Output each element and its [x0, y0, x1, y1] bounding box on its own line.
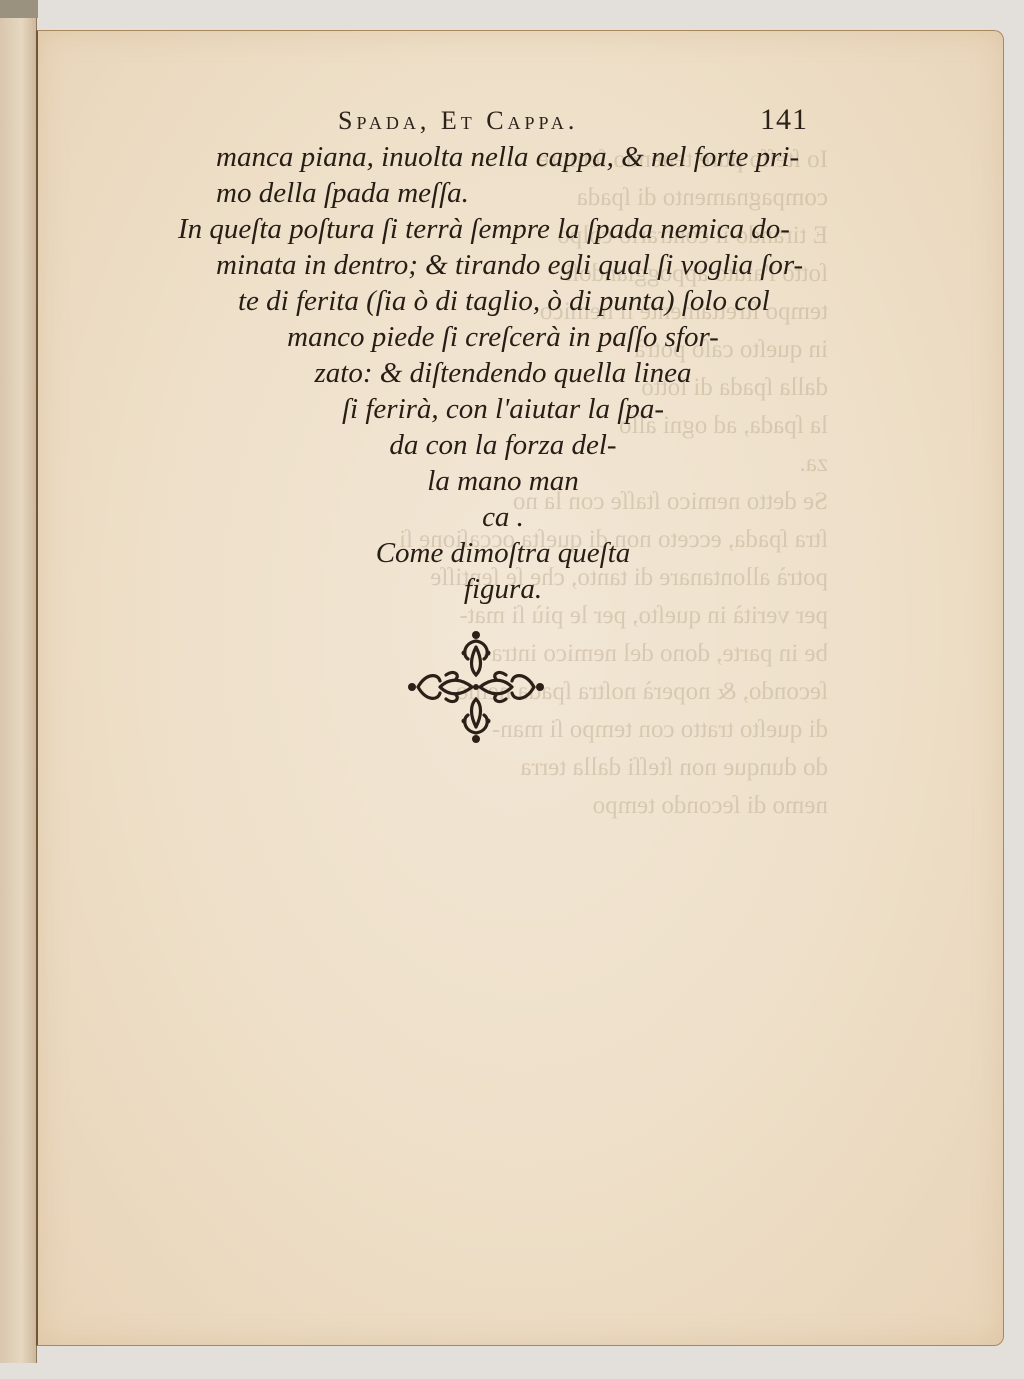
background-band: [0, 0, 38, 18]
text-line: te di ferita (ſia ò di taglio, ò di punt…: [178, 283, 828, 319]
text-line: manca piana, inuolta nella cappa, & nel …: [178, 139, 828, 175]
text-line: In queſta poſtura ſi terrà ſempre la ſpa…: [178, 211, 828, 247]
text-line: da con la forza del-: [178, 427, 828, 463]
fleuron-cross-icon: [406, 629, 546, 745]
text-line: figura.: [178, 571, 828, 607]
text-line: zato: & diſtendendo quella linea: [178, 355, 828, 391]
facing-page-edge: [0, 18, 37, 1363]
running-header: Spada, Et Cappa. 141: [338, 103, 808, 137]
page-number: 141: [760, 103, 808, 137]
text-line: Come dimoſtra queſta: [178, 535, 828, 571]
text-line: manco piede ſi creſcerà in paſſo sfor-: [178, 319, 828, 355]
running-title: Spada, Et Cappa.: [338, 106, 578, 136]
text-line: ſi ferirà, con l'aiutar la ſpa-: [178, 391, 828, 427]
text-line: mo della ſpada meſſa.: [178, 175, 828, 211]
text-line: la mano man: [178, 463, 828, 499]
book-page: Io ſteſſo pure tenendo ſempre compagname…: [36, 30, 1004, 1346]
text-line: ca .: [178, 499, 828, 535]
text-line: minata in dentro; & tirando egli qual ſi…: [178, 247, 828, 283]
body-text: manca piana, inuolta nella cappa, & nel …: [178, 139, 828, 607]
